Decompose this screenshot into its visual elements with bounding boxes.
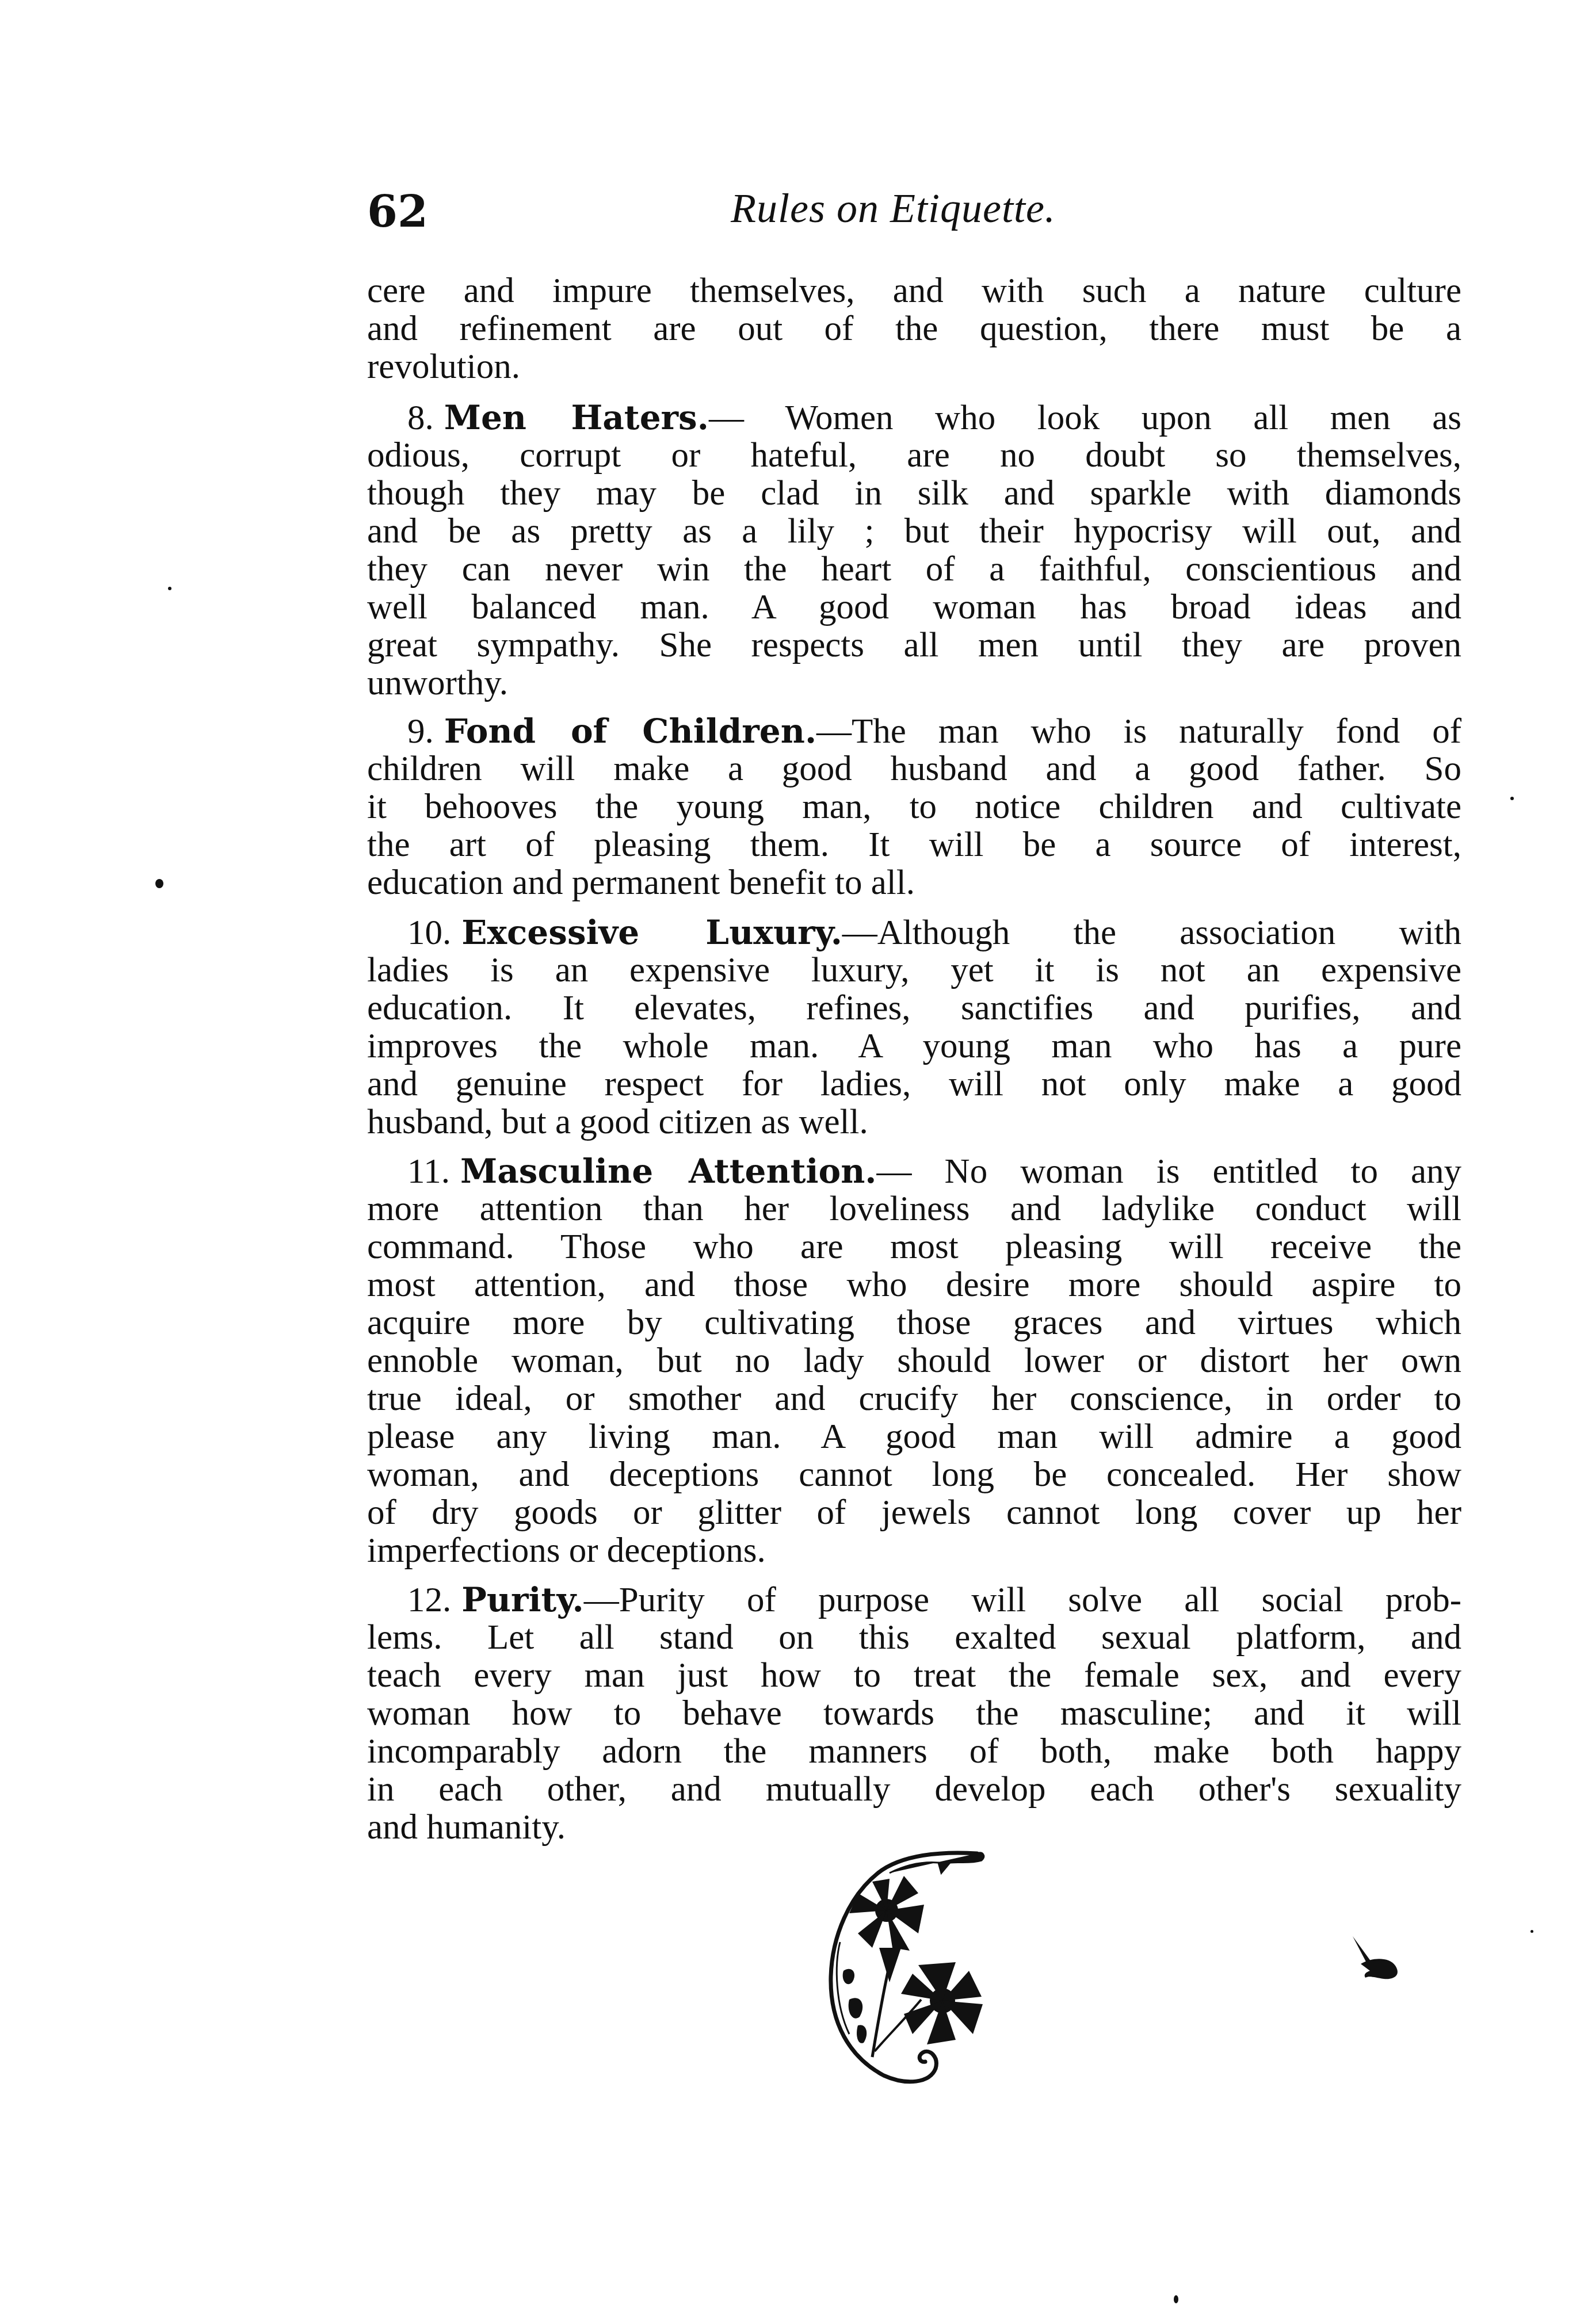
text-line: woman, and deceptions cannot long be con… <box>367 1456 1461 1494</box>
section-9-first-line: 9.Fond of Children.—The man who is natur… <box>407 712 1461 750</box>
text-line: well balanced man. A good woman has broa… <box>367 588 1461 626</box>
text-line: in each other, and mutually develop each… <box>367 1771 1461 1809</box>
floral-ornament-icon <box>826 1850 1001 2087</box>
text-line: education. It elevates, refines, sanctif… <box>367 989 1461 1027</box>
text-line: improves the whole man. A young man who … <box>367 1027 1461 1065</box>
text-line: unworthy. <box>367 664 1461 702</box>
section-heading: Men Haters. <box>444 398 709 437</box>
section-12-first-line: 12.Purity.—Purity of purpose will solve … <box>407 1581 1461 1619</box>
text-line: incomparably adorn the manners of both, … <box>367 1733 1461 1771</box>
text-run: —Although the association with <box>842 913 1461 952</box>
text-line: children will make a good husband and a … <box>367 750 1461 788</box>
ink-speck-icon <box>155 879 163 888</box>
section-number: 12. <box>407 1581 451 1619</box>
text-line: of dry goods or glitter of jewels cannot… <box>367 1494 1461 1532</box>
ink-blot-icon <box>1349 1934 1402 1981</box>
text-line: woman how to behave towards the masculin… <box>367 1695 1461 1733</box>
text-line: most attention, and those who desire mor… <box>367 1266 1461 1304</box>
text-line: command. Those who are most pleasing wil… <box>367 1228 1461 1266</box>
text-line: it behooves the young man, to notice chi… <box>367 788 1461 826</box>
section-8-first-line: 8.Men Haters.— Women who look upon all m… <box>407 399 1461 437</box>
text-line: lems. Let all stand on this exalted sexu… <box>367 1619 1461 1657</box>
text-run: — Women who look upon all men as <box>709 399 1461 437</box>
section-heading: Masculine Attention. <box>460 1152 877 1191</box>
text-line: imperfections or deceptions. <box>367 1532 1461 1570</box>
text-run: —Purity of purpose will solve all social… <box>584 1581 1461 1619</box>
running-head: Rules on Etiquette. <box>731 185 1099 231</box>
text-run: —The man who is naturally fond of <box>816 712 1461 751</box>
text-line: they can never win the heart of a faithf… <box>367 551 1461 588</box>
ink-speck-icon <box>1510 797 1514 800</box>
text-line: ladies is an expensive luxury, yet it is… <box>367 951 1461 989</box>
text-line: teach every man just how to treat the fe… <box>367 1657 1461 1695</box>
section-number: 10. <box>407 913 451 952</box>
section-number: 9. <box>407 712 434 751</box>
text-line: and genuine respect for ladies, will not… <box>367 1065 1461 1103</box>
page-number: 62 <box>367 190 428 234</box>
section-number: 11. <box>407 1152 450 1191</box>
text-run: — No woman is entitled to any <box>877 1152 1461 1191</box>
text-line: revolution. <box>367 348 1461 386</box>
section-heading: Purity. <box>461 1580 583 1619</box>
ink-speck-icon <box>1530 1930 1533 1933</box>
text-line: and be as pretty as a lily ; but their h… <box>367 513 1461 551</box>
text-line: true ideal, or smother and crucify her c… <box>367 1380 1461 1418</box>
text-line: great sympathy. She respects all men unt… <box>367 626 1461 664</box>
section-10-first-line: 10.Excessive Luxury.—Although the associ… <box>407 913 1461 951</box>
text-line: and humanity. <box>367 1809 1461 1847</box>
text-line: odious, corrupt or hateful, are no doubt… <box>367 437 1461 475</box>
section-heading: Excessive Luxury. <box>461 913 842 952</box>
text-line: husband, but a good citizen as well. <box>367 1103 1461 1141</box>
text-line: please any living man. A good man will a… <box>367 1418 1461 1456</box>
text-line: though they may be clad in silk and spar… <box>367 475 1461 513</box>
text-line: acquire more by cultivating those graces… <box>367 1304 1461 1342</box>
text-line: ennoble woman, but no lady should lower … <box>367 1342 1461 1380</box>
section-heading: Fond of Children. <box>444 712 816 751</box>
text-line: education and permanent benefit to all. <box>367 864 1461 902</box>
section-number: 8. <box>407 399 434 437</box>
section-11-first-line: 11.Masculine Attention.— No woman is ent… <box>407 1152 1461 1190</box>
text-line: and refinement are out of the question, … <box>367 310 1461 348</box>
book-page: 62 Rules on Etiquette. cere and impure t… <box>0 0 1584 2324</box>
text-line: the art of pleasing them. It will be a s… <box>367 826 1461 864</box>
text-line: more attention than her loveliness and l… <box>367 1190 1461 1228</box>
text-line: cere and impure themselves, and with suc… <box>367 272 1461 310</box>
ink-speck-icon <box>1174 2295 1178 2303</box>
ink-speck-icon <box>168 587 171 590</box>
